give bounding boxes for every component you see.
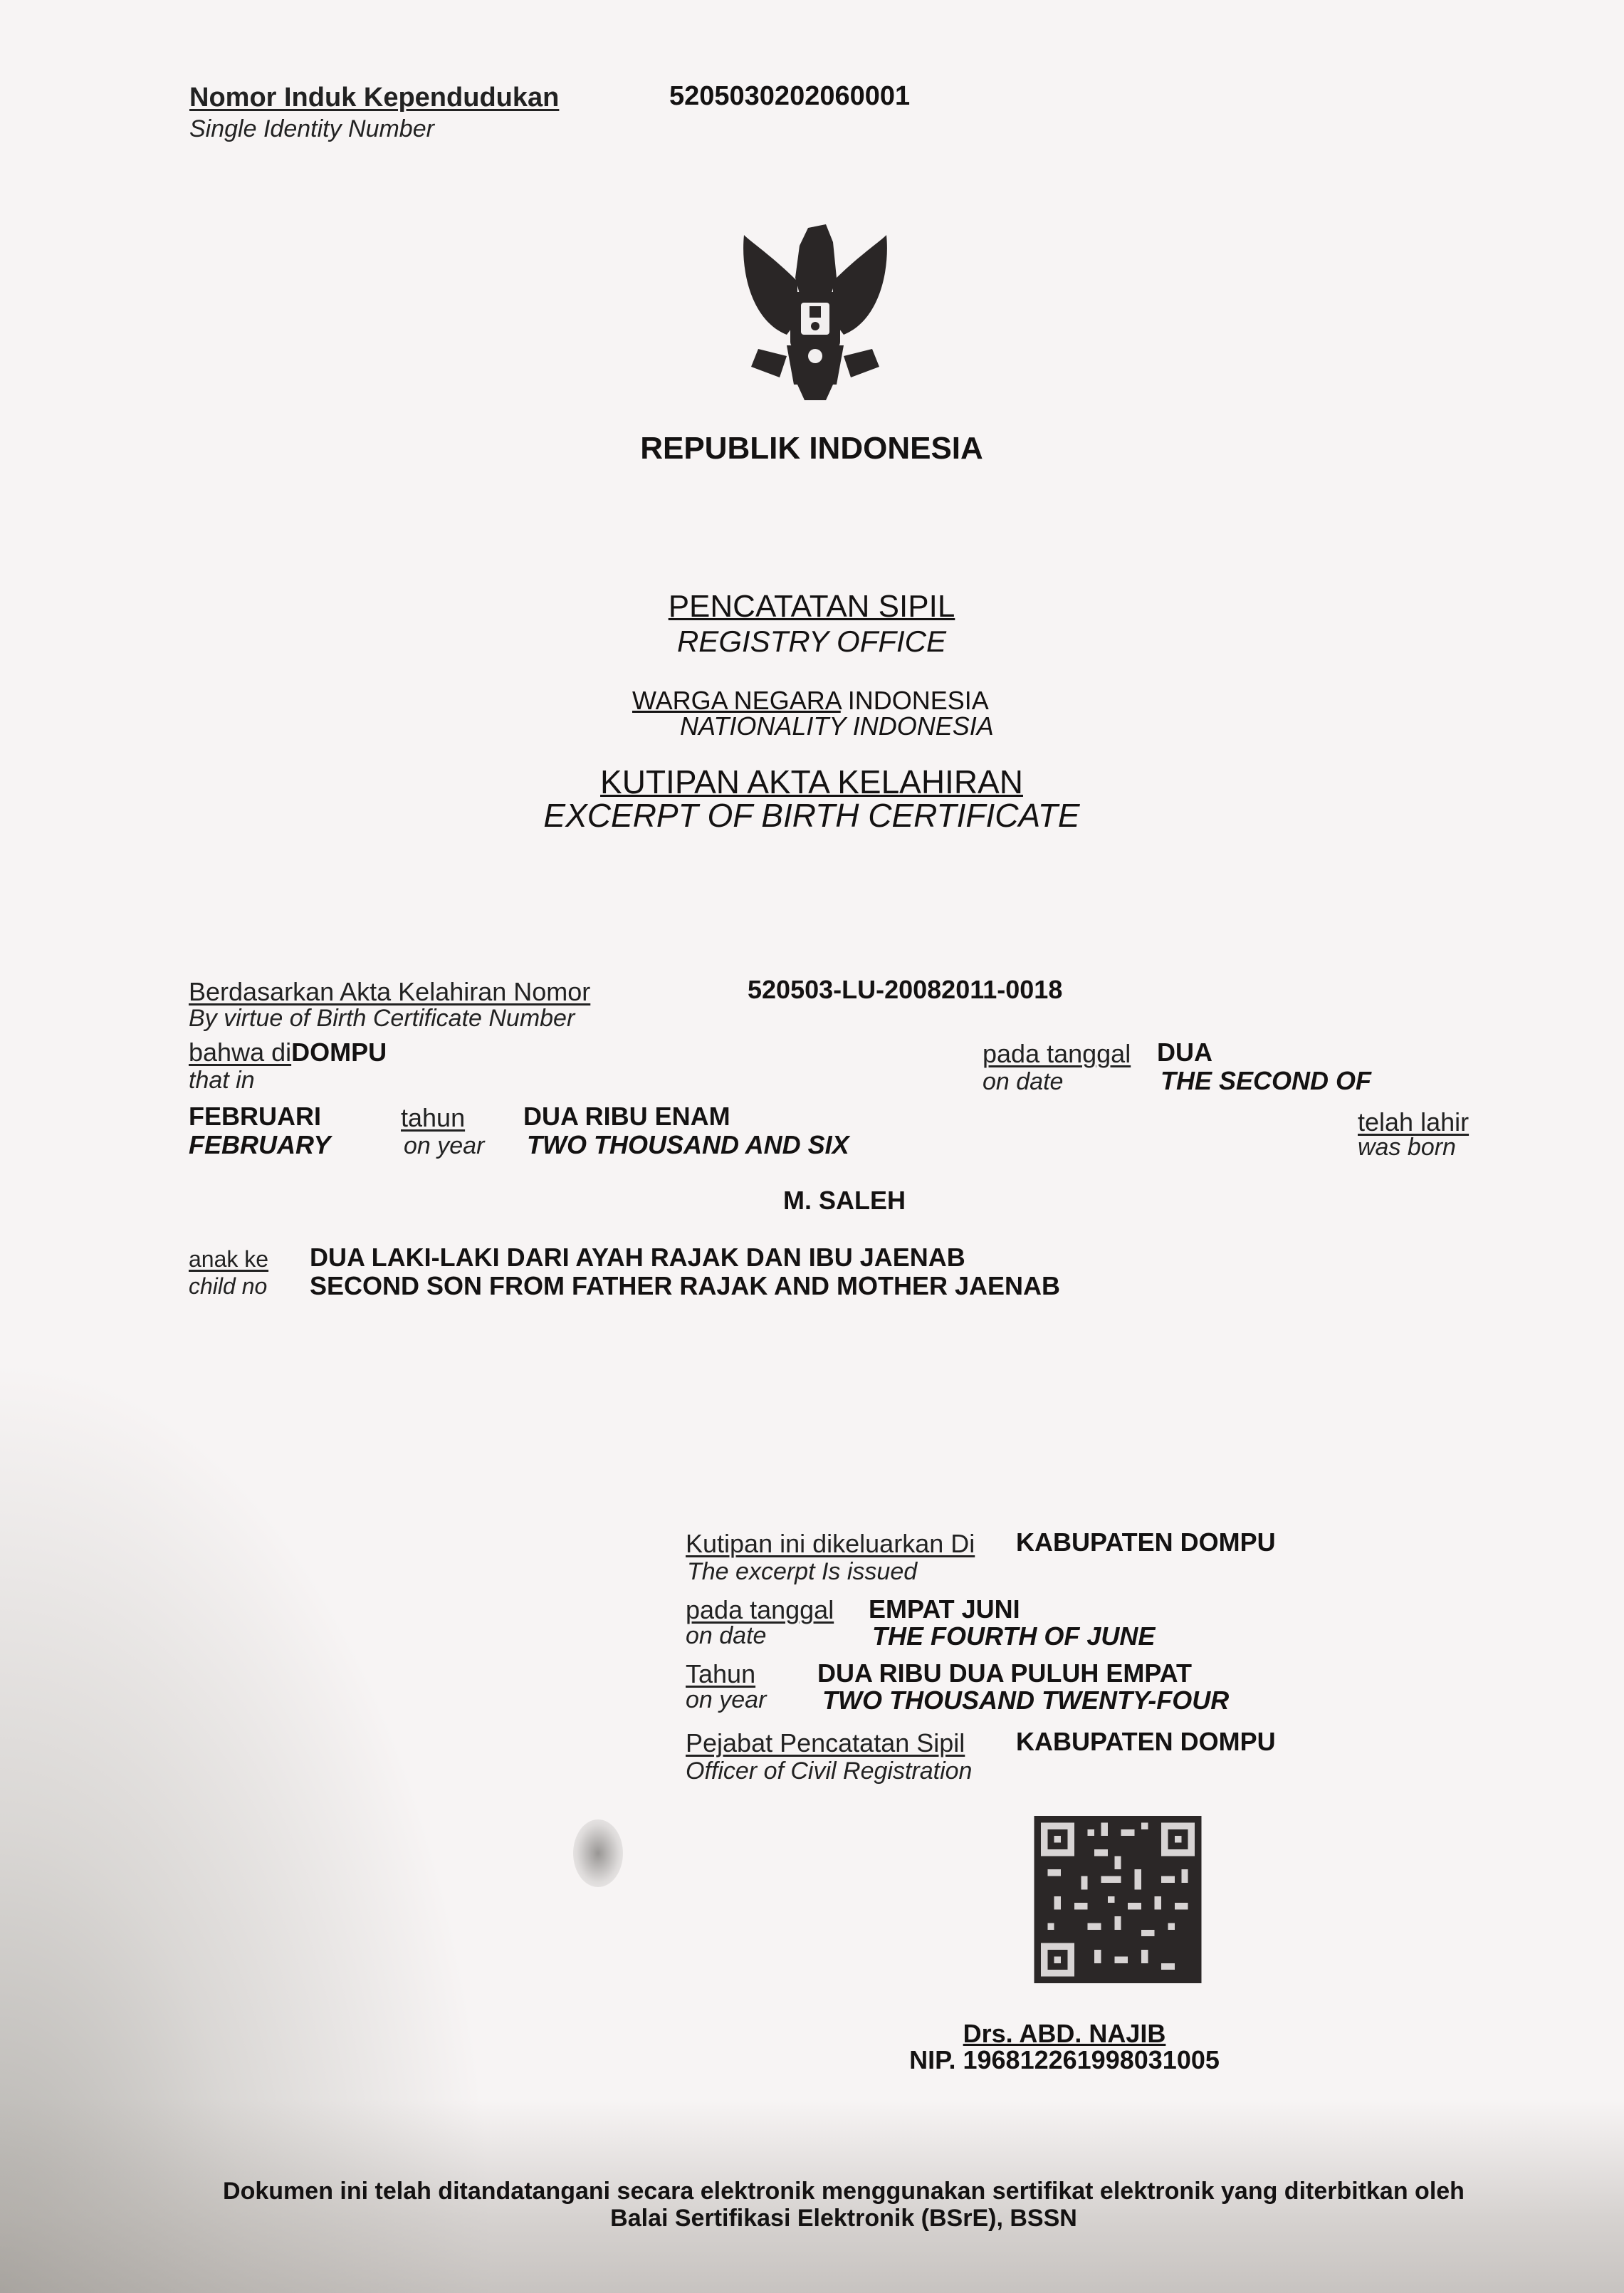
country-title: REPUBLIK INDONESIA [640,433,983,464]
nik-label: Nomor Induk Kependudukan [189,84,559,111]
month-value-en: FEBRUARY [189,1132,330,1158]
child-label-en: child no [189,1275,267,1297]
issue-year-label: Tahun [686,1661,755,1687]
officer-label-en: Officer of Civil Registration [686,1759,972,1783]
year-label: tahun [401,1105,465,1131]
date-label-en: on date [983,1070,1063,1094]
issued-label-en: The excerpt Is issued [687,1560,917,1584]
issue-year-label-en: on year [686,1688,766,1712]
qr-code-icon[interactable] [1032,1816,1203,1983]
issued-place: KABUPATEN DOMPU [1016,1530,1276,1555]
issue-date-label-en: on date [686,1624,766,1648]
nationality-label-en: NATIONALITY [680,711,846,741]
born-label-en: was born [1358,1135,1456,1159]
doc-title: KUTIPAN AKTA KELAHIRAN [600,766,1023,798]
place-value: DOMPU [291,1038,387,1067]
cert-number: 520503-LU-20082011-0018 [748,977,1062,1003]
issue-date-label: pada tanggal [686,1597,834,1623]
paper-spot [573,1819,623,1887]
cert-label-en: By virtue of Birth Certificate Number [189,1006,575,1030]
child-value-en: SECOND SON FROM FATHER RAJAK AND MOTHER … [310,1273,1060,1299]
place-row: bahwa diDOMPU [189,1040,387,1065]
issue-date-value: EMPAT JUNI [869,1597,1020,1622]
issued-label: Kutipan ini dikeluarkan Di [686,1531,975,1557]
doc-title-en: EXCERPT OF BIRTH CERTIFICATE [543,799,1079,832]
place-label: bahwa di [189,1038,291,1067]
nationality-value-en: INDONESIA [853,711,994,741]
issue-date-value-en: THE FOURTH OF JUNE [872,1624,1155,1649]
nationality-row: WARGA NEGARA INDONESIA [632,688,989,714]
officer-region: KABUPATEN DOMPU [1016,1729,1276,1755]
cert-label: Berdasarkan Akta Kelahiran Nomor [189,979,590,1005]
place-label-en: that in [189,1068,255,1092]
nik-label-en: Single Identity Number [189,117,434,141]
signer-name: Drs. ABD. NAJIB [963,2021,1166,2047]
office-title: PENCATATAN SIPIL [669,591,955,622]
nik-value: 5205030202060001 [669,83,910,110]
year-label-en: on year [404,1134,484,1158]
child-name: M. SALEH [783,1188,906,1213]
child-label: anak ke [189,1248,268,1270]
date-value-en: THE SECOND OF [1161,1068,1371,1094]
office-title-en: REGISTRY OFFICE [677,627,946,657]
issue-year-value-en: TWO THOUSAND TWENTY-FOUR [822,1688,1229,1713]
nationality-row-en: NATIONALITY INDONESIA [680,714,994,739]
year-value-en: TWO THOUSAND AND SIX [527,1132,849,1158]
nationality-label: WARGA NEGARA [632,686,841,715]
year-value: DUA RIBU ENAM [523,1104,730,1129]
child-value: DUA LAKI-LAKI DARI AYAH RAJAK DAN IBU JA… [310,1245,965,1270]
officer-label: Pejabat Pencatatan Sipil [686,1730,965,1756]
nationality-value: INDONESIA [848,686,989,715]
signer-nip: NIP. 196812261998031005 [909,2047,1220,2073]
born-label: telah lahir [1358,1109,1469,1135]
date-value: DUA [1157,1040,1212,1065]
date-label: pada tanggal [983,1041,1131,1067]
footer-line-2: Balai Sertifikasi Elektronik (BSrE), BSS… [610,2206,1077,2230]
month-value: FEBRUARI [189,1104,321,1129]
issue-year-value: DUA RIBU DUA PULUH EMPAT [817,1661,1192,1686]
garuda-emblem-icon [730,214,901,413]
footer-line-1: Dokumen ini telah ditandatangani secara … [223,2179,1465,2203]
